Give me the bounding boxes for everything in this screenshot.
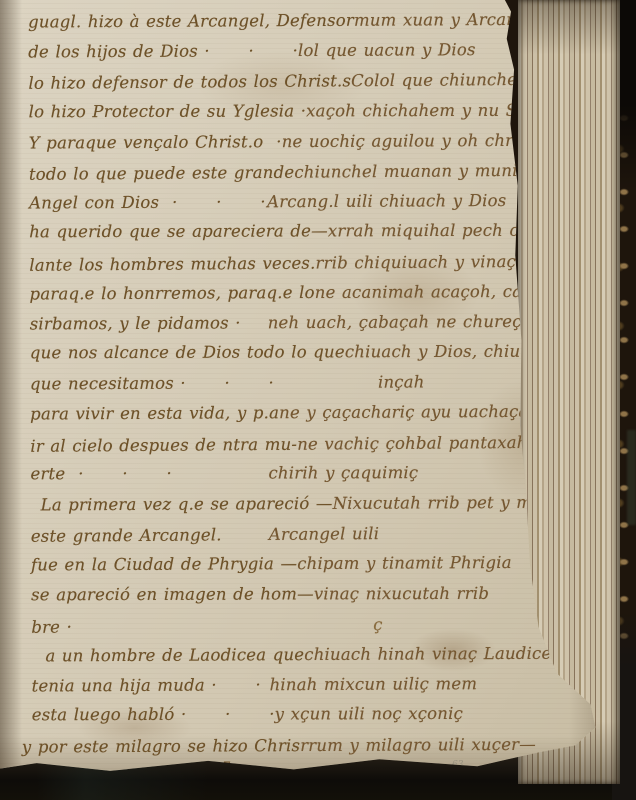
line-left-text: esta luego habló · · · [32,700,275,731]
line-left-text: lante los hombres muchas veces. [29,248,315,280]
line-left-text: guagl. hizo à este Arcangel, Defensor [28,6,354,38]
line-right-text: ne y çaçachariç ayu uachaçal [279,397,534,429]
manuscript-line: lo hizo defensor de todos los Christ.sCo… [28,65,588,100]
line-left-text: y por este milagro se hizo Chris [22,731,300,763]
line-right-text: lol que uacun y Dios [298,35,476,66]
line-right-text: chirih y çaquimiç [268,458,418,489]
manuscript-line: a un hombre de Laodicea quechiuach hinah… [31,638,591,671]
line-left-text: para vivir en esta vida, y p.a [30,399,279,431]
manuscript-line: Angel con Dios · · ·Arcang.l uili chiuac… [29,186,589,219]
manuscript-line: guagl. hizo à este Arcangel, Defensormum… [28,5,588,38]
line-right-text: ne uochiç aguilou y oh christ. [282,126,540,158]
manuscript-line: ir al cielo despues de ntra mu-ne vachiç… [30,427,590,462]
line-right-text: rrib chiquiuach y vinaç [315,246,516,278]
line-left-text: todo lo que puede este grande [29,158,295,190]
line-left-text: erte · · · [30,458,268,489]
line-right-text: inçah [274,368,425,399]
manuscript-line: que necesitamos · · ·inçah [30,367,590,400]
manuscript-line: Y paraque vençalo Christ.o ·ne uochiç ag… [29,125,589,158]
book-photograph: guagl. hizo à este Arcangel, Defensormum… [0,0,636,800]
manuscript-line: paraq.e lo honrremos, paraq.e lone acani… [29,276,589,309]
line-left-text: Angel con Dios · · · [29,187,267,218]
manuscript-line: ha querido que se apareciera de—xrrah mi… [29,216,589,248]
manuscript-line: erte · · ·chirih y çaquimiç [30,457,590,489]
line-right-text: y xçun uili noç xçoniç [275,699,463,730]
line-right-text: ç [269,610,383,641]
line-left-text: sirbamos, y le pidamos · [30,308,268,339]
manuscript-line: sirbamos, y le pidamos ·neh uach, çabaça… [30,306,590,339]
line-left-text: este grande Arcangel. [31,520,269,552]
line-left-text: de los hijos de Dios · · · [28,36,298,68]
manuscript-line: que nos alcance de Dios todo lo quechiua… [30,337,590,369]
line-left-text: a un hombre de Laodicea que [31,640,304,672]
line-right-text: vinaç nixucutah rrib [314,578,489,609]
line-left-text: tenia una hija muda · · [32,670,270,701]
manuscript-line: este grande Arcangel.Arcangel uili [31,518,591,553]
manuscript-line: de los hijos de Dios · · ·lol que uacun … [28,35,588,68]
line-right-text: rrum y milagro uili xuçer— [300,729,536,760]
line-right-text: chipam y tinamit Phrigia [297,548,512,579]
line-left-text: paraq.e lo honrremos, paraq.e lo [29,278,314,310]
manuscript-line: todo lo que puede este grandechiunchel m… [29,155,589,190]
line-left-text: fue en la Ciudad de Phrygia — [31,549,297,581]
line-right-text: ne vachiç çohbal pantaxah — [297,427,551,459]
line-left-text: lo hizo Protector de su Yglesia · [29,96,307,127]
line-right-text: chiuach hinah vinaç Laudicea [304,639,561,671]
manuscript-line: lante los hombres muchas veces.rrib chiq… [29,246,589,281]
manuscript-line: y por este milagro se hizo Chrisrrum y m… [32,729,592,762]
manuscript-line: lo hizo Protector de su Yglesia ·xaçoh c… [29,95,589,127]
manuscript-line: se apareció en imagen de hom—vinaç nixuc… [31,578,591,610]
line-left-text: se apareció en imagen de hom— [31,579,314,610]
manuscript-line: tenia una hija muda · ·hinah mixcun uili… [32,669,592,702]
line-right-text: Arcangel uili [269,519,380,550]
line-right-text: neh uach, çabaçah ne chureç ta [268,307,545,339]
manuscript-line: para vivir en esta vida, y p.ane y çaçac… [30,397,590,430]
line-left-text: La primera vez q.e se apareció — [31,489,333,521]
line-left-text: ir al cielo despues de ntra mu- [30,429,297,461]
line-left-text: ha querido que se apareciera de— [29,217,328,248]
line-right-text: Arcang.l uili chiuach y Dios [267,186,506,217]
manuscript-line: fue en la Ciudad de Phrygia —chipam y ti… [31,548,591,581]
line-right-text: hinah mixcun uiliç mem [270,669,478,700]
manuscript-line: La primera vez q.e se apareció —Nixucuta… [31,488,591,521]
line-left-text: bre · [31,611,269,643]
line-left-text: lo hizo defensor de todos los Christ.s [28,67,351,100]
line-left-text: que nos alcance de Dios todo lo que [30,337,345,368]
manuscript-line: esta luego habló · · ·y xçun uili noç xç… [32,699,592,731]
line-left-text: que necesitamos · · · [30,368,274,399]
line-left-text: Y paraque vençalo Christ.o · [29,127,282,159]
cover-edge-glint [627,430,636,525]
manuscript-line: bre ·ç [31,608,591,643]
manuscript-lines: guagl. hizo à este Arcangel, Defensormum… [28,5,592,763]
